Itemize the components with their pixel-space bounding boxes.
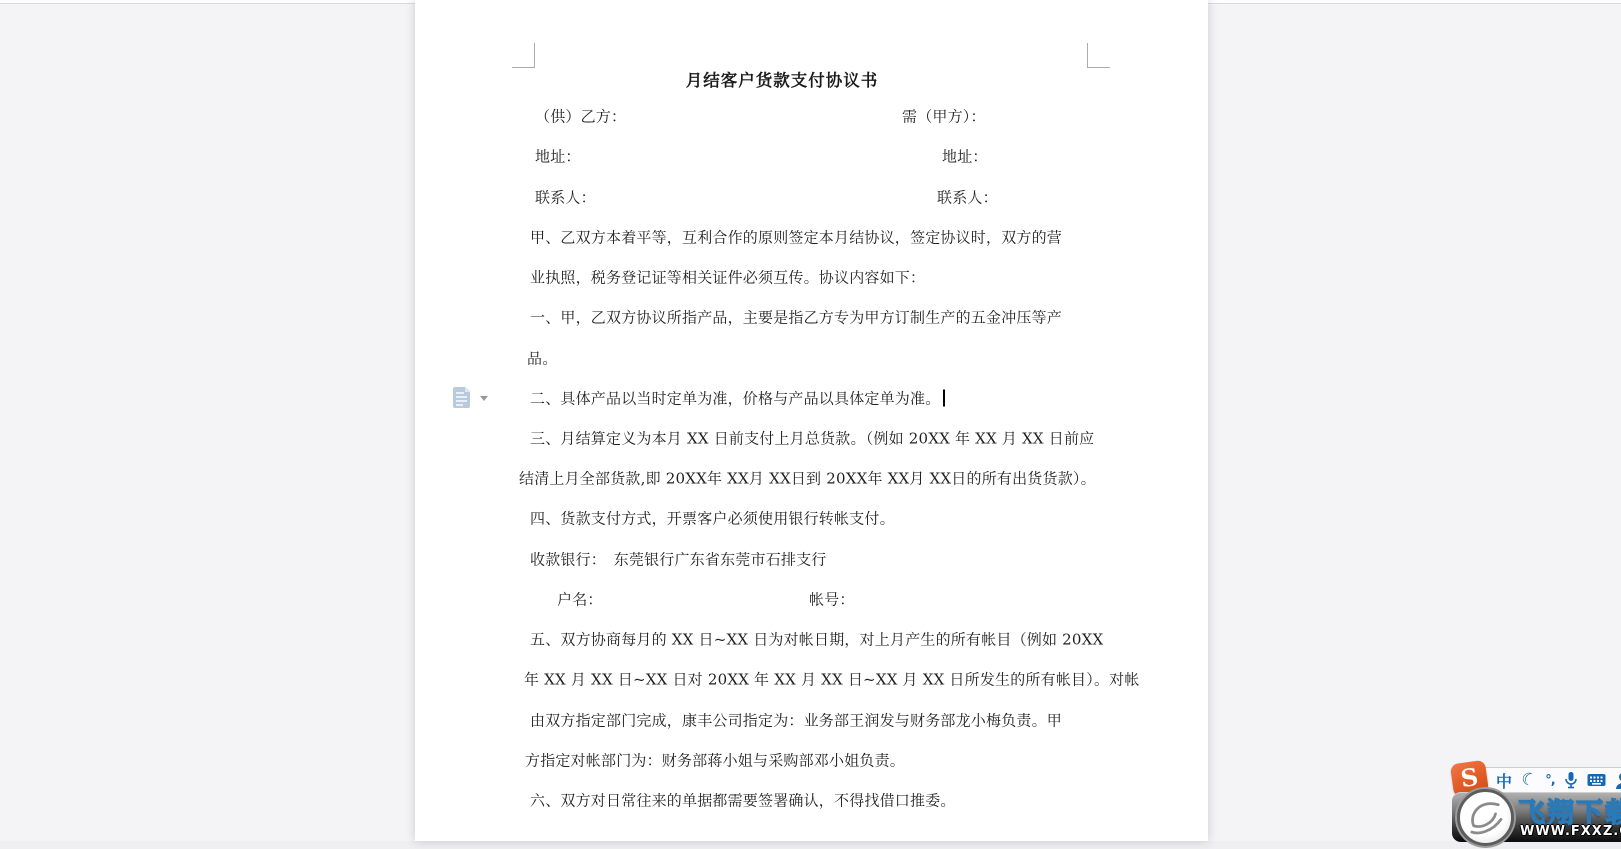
document-text-row[interactable]: 户名：帐号： [415,579,1208,619]
field-label-left: （供）乙方： [535,106,626,127]
field-label-right: 联系人： [937,186,998,207]
document-text-area[interactable]: （供）乙方：需（甲方）：地址：地址：联系人：联系人：甲、乙双方本着平等，互利合作… [415,96,1208,820]
document-text-row[interactable]: 联系人：联系人： [415,176,1208,216]
document-text-row[interactable]: 三、月结算定义为本月 XX 日前支付上月总货款。（例如 20XX 年 XX 月 … [415,418,1208,458]
document-text-row[interactable]: 结清上月全部货款,即 20XX年 XX月 XX日到 20XX年 XX月 XX日的… [415,458,1208,498]
field-label-right: 帐号： [809,588,855,609]
chevron-down-icon [480,396,488,401]
screen: 月结客户货款支付协议书 （供）乙方：需（甲方）：地址：地址：联系人：联系人：甲、… [0,0,1621,849]
document-text-row[interactable]: 六、双方对日常往来的单据都需要签署确认，不得找借口推委。 [415,780,1208,820]
margin-corner-top-right [1087,43,1110,68]
paragraph-line: 方指定对帐部门为：财务部蒋小姐与采购部邓小姐负责。 [525,749,905,770]
document-text-row[interactable]: （供）乙方：需（甲方）： [415,96,1208,136]
keyboard-icon[interactable] [1587,773,1606,787]
document-text-row[interactable]: 品。 [415,337,1208,377]
watermark-url: WWW.FXXZ.COM [1520,824,1621,839]
paragraph-line: 甲、乙双方本着平等，互利合作的原则签定本月结协议，签定协议时，双方的营 [530,226,1062,247]
field-label-right: 地址： [942,146,988,167]
document-text-row[interactable]: 二、具体产品以当时定单为准，价格与产品以具体定单为准。 [415,378,1208,418]
bottom-strip [0,841,1621,849]
margin-corner-top-left [512,43,535,68]
paragraph-line: 业执照，税务登记证等相关证件必须互传。协议内容如下： [530,267,925,288]
document-text-row[interactable]: 地址：地址： [415,136,1208,176]
microphone-icon[interactable] [1564,771,1578,789]
document-text-row[interactable]: 甲、乙双方本着平等，互利合作的原则签定本月结协议，签定协议时，双方的营 [415,217,1208,257]
paste-options-button[interactable] [451,385,493,413]
paragraph-line: 一、甲，乙双方协议所指产品，主要是指乙方专为甲方订制生产的五金冲压等产 [530,307,1062,328]
field-label-left: 地址： [535,146,581,167]
paragraph-line: 品。 [527,347,557,368]
paragraph-line: 五、双方协商每月的 XX 日~XX 日为对帐日期，对上月产生的所有帐目（例如 2… [530,629,1103,650]
fxxz-logo [1457,789,1514,846]
document-text-row[interactable]: 业执照，税务登记证等相关证件必须互传。协议内容如下： [415,257,1208,297]
document-text-row[interactable]: 一、甲，乙双方协议所指产品，主要是指乙方专为甲方订制生产的五金冲压等产 [415,297,1208,337]
document-title: 月结客户货款支付协议书 [517,66,1047,96]
document-text-row[interactable]: 四、货款支付方式，开票客户必须使用银行转帐支付。 [415,498,1208,538]
document-text-row[interactable]: 五、双方协商每月的 XX 日~XX 日为对帐日期，对上月产生的所有帐目（例如 2… [415,619,1208,659]
field-label-left: 户名： [557,588,603,609]
field-label-left: 联系人： [535,186,596,207]
paragraph-line: 年 XX 月 XX 日~XX 日对 20XX 年 XX 月 XX 日~XX 月 … [524,669,1140,690]
paragraph-line: 收款银行： 东莞银行广东省东莞市石排支行 [530,548,827,569]
document-text-row[interactable]: 由双方指定部门完成，康丰公司指定为：业务部王润发与财务部龙小梅负责。甲 [415,700,1208,740]
profile-icon[interactable] [1615,772,1621,789]
paragraph-line: 六、双方对日常往来的单据都需要签署确认，不得找借口推委。 [530,790,956,811]
moon-icon[interactable]: ☾ [1518,768,1539,792]
ime-language-mode[interactable]: 中 [1496,769,1512,792]
punctuation-icon[interactable]: °, [1545,773,1554,788]
ime-toolbar[interactable]: 中 ☾ °, [1483,767,1621,793]
text-cursor [943,389,945,406]
paragraph-line: 三、月结算定义为本月 XX 日前支付上月总货款。（例如 20XX 年 XX 月 … [530,427,1094,448]
document-text-row[interactable]: 收款银行： 东莞银行广东省东莞市石排支行 [415,539,1208,579]
field-label-right: 需（甲方）： [902,106,986,127]
document-text-row[interactable]: 方指定对帐部门为：财务部蒋小姐与采购部邓小姐负责。 [415,740,1208,780]
document-text-row[interactable]: 年 XX 月 XX 日~XX 日对 20XX 年 XX 月 XX 日~XX 月 … [415,659,1208,699]
paragraph-line: 四、货款支付方式，开票客户必须使用银行转帐支付。 [530,508,895,529]
paragraph-line: 由双方指定部门完成，康丰公司指定为：业务部王润发与财务部龙小梅负责。甲 [530,709,1062,730]
paragraph-line: 二、具体产品以当时定单为准，价格与产品以具体定单为准。 [530,387,945,408]
paragraph-line: 结清上月全部货款,即 20XX年 XX月 XX日到 20XX年 XX月 XX日的… [519,468,1096,489]
document-page[interactable]: 月结客户货款支付协议书 （供）乙方：需（甲方）：地址：地址：联系人：联系人：甲、… [415,0,1208,841]
